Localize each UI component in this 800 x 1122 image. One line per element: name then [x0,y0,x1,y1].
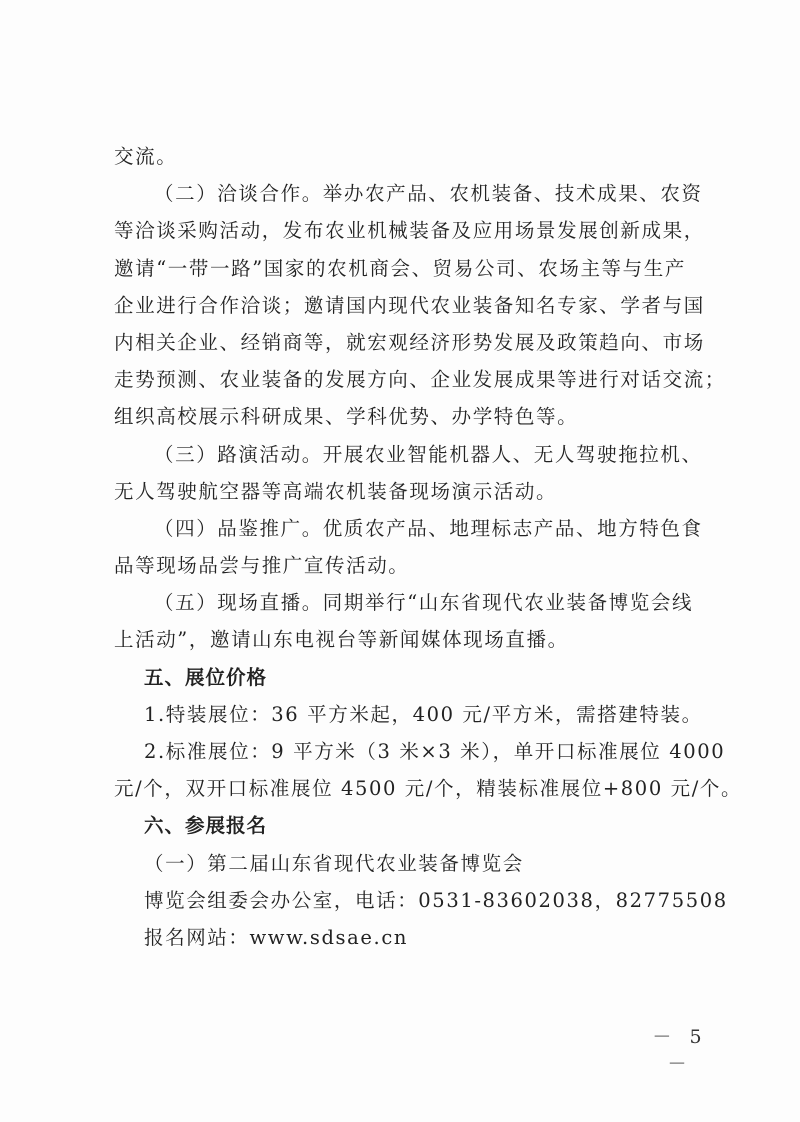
paragraph-line: （二）洽谈合作。举办农产品、农机装备、技术成果、农资 [114,175,686,212]
page-number: － 5 － [640,1022,720,1076]
document-body: 交流。 （二）洽谈合作。举办农产品、农机装备、技术成果、农资 等洽谈采购活动，发… [114,138,686,956]
paragraph-line: 走势预测、农业装备的发展方向、企业发展成果等进行对话交流； [114,361,686,398]
paragraph-line: 无人驾驶航空器等高端农机装备现场演示活动。 [114,473,686,510]
paragraph-line: （五）现场直播。同期举行“山东省现代农业装备博览会线 [114,584,686,621]
paragraph-line: 组织高校展示科研成果、学科优势、办学特色等。 [114,398,686,435]
paragraph-line: 邀请“一带一路”国家的农机商会、贸易公司、农场主等与生产 [114,250,686,287]
registration-website-line: 报名网站：www.sdsae.cn [114,919,686,956]
paragraph-line: （四）品鉴推广。优质农产品、地理标志产品、地方特色食 [114,510,686,547]
contact-phone-line: 博览会组委会办公室，电话：0531-83602038，82775508 [114,882,686,919]
paragraph-line: 等洽谈采购活动，发布农业机械装备及应用场景发展创新成果， [114,212,686,249]
paragraph-line: 上活动”，邀请山东电视台等新闻媒体现场直播。 [114,621,686,658]
paragraph-line: 企业进行合作洽谈；邀请国内现代农业装备知名专家、学者与国 [114,287,686,324]
paragraph-line: 品等现场品尝与推广宣传活动。 [114,547,686,584]
paragraph-line: 内相关企业、经销商等，就宏观经济形势发展及政策趋向、市场 [114,324,686,361]
paragraph-line: 元/个，双开口标准展位 4500 元/个，精装标准展位+800 元/个。 [114,770,686,807]
document-page: 交流。 （二）洽谈合作。举办农产品、农机装备、技术成果、农资 等洽谈采购活动，发… [0,0,800,1122]
paragraph-line: 1.特装展位：36 平方米起，400 元/平方米，需搭建特装。 [114,696,686,733]
paragraph-line: 交流。 [114,138,686,175]
paragraph-line: （一）第二届山东省现代农业装备博览会 [114,845,686,882]
section-heading-booth-price: 五、展位价格 [114,659,686,696]
paragraph-line: 2.标准展位：9 平方米（3 米×3 米），单开口标准展位 4000 [114,733,686,770]
section-heading-registration: 六、参展报名 [114,807,686,844]
paragraph-line: （三）路演活动。开展农业智能机器人、无人驾驶拖拉机、 [114,436,686,473]
